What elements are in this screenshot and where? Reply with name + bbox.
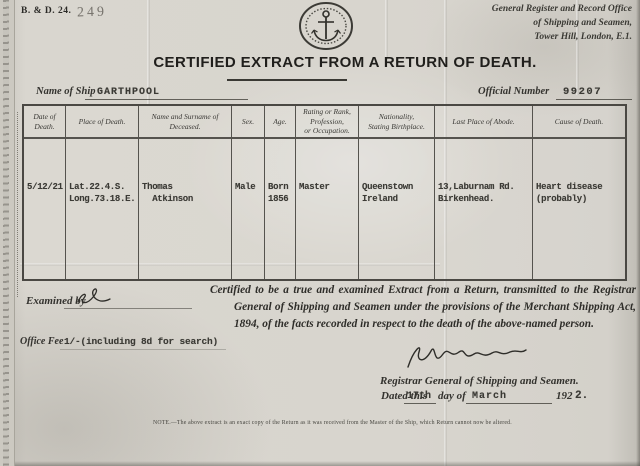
column-cause-of-death: Cause of Death. Heart disease (probably) <box>533 106 625 279</box>
registrar-title: Registrar General of Shipping and Seamen… <box>380 375 579 387</box>
dated-month-underline <box>466 403 552 404</box>
header-cell: Cause of Death. <box>533 106 625 139</box>
data-cell-nationality: Queenstown Ireland <box>359 139 434 205</box>
data-cell-last-place-of-abode: 13,Laburnam Rd. Birkenhead. <box>435 139 532 205</box>
stamp-number: 249 <box>77 4 108 21</box>
header-cell: Nationality, Stating Birthplace. <box>359 106 434 139</box>
office-address-line3: Tower Hill, London, E.1. <box>492 30 632 44</box>
binding-edge-pattern <box>3 0 9 466</box>
ship-name-underline <box>85 99 248 100</box>
certification-text: Certified to be a true and examined Extr… <box>210 282 636 333</box>
data-cell-sex: Male <box>232 139 264 193</box>
scan-edge-shadow <box>0 461 640 466</box>
header-cell: Age. <box>265 106 295 139</box>
ship-name-label: Name of Ship <box>36 86 96 97</box>
column-nationality: Nationality, Stating Birthplace. Queenst… <box>359 106 435 279</box>
header-cell: Last Place of Abode. <box>435 106 532 139</box>
data-cell-date-of-death: 5/12/21 <box>24 139 65 193</box>
dated-year-typed: 2. <box>575 390 588 402</box>
column-sex: Sex. Male <box>232 106 265 279</box>
data-cell-age: Born 1856 <box>265 139 295 205</box>
official-number-underline <box>556 99 632 100</box>
header-cell: Date of Death. <box>24 106 65 139</box>
dated-month-value: March <box>472 391 507 402</box>
column-name-of-deceased: Name and Surname of Deceased. Thomas Atk… <box>139 106 232 279</box>
column-place-of-death: Place of Death. Lat.22.4.S. Long.73.18.E… <box>66 106 139 279</box>
dated-day-underline <box>404 403 436 404</box>
death-record-table: Date of Death. 5/12/21 Place of Death. L… <box>22 104 627 281</box>
header-cell: Sex. <box>232 106 264 139</box>
ship-name-value: GARTHPOOL <box>97 87 160 98</box>
title-underline <box>227 79 347 81</box>
dated-year-printed: 192 <box>556 390 573 402</box>
anchor-seal-icon <box>297 1 355 51</box>
header-cell: Place of Death. <box>66 106 138 139</box>
office-fee-label: Office Fee <box>20 336 63 347</box>
office-address-line2: of Shipping and Seamen, <box>492 16 632 30</box>
header-cell: Rating or Rank, Profession, or Occupatio… <box>296 106 358 139</box>
form-code: B. & D. 24. <box>21 6 71 16</box>
office-address-line1: General Register and Record Office <box>492 2 632 16</box>
office-address: General Register and Record Office of Sh… <box>492 2 632 44</box>
data-cell-place-of-death: Lat.22.4.S. Long.73.18.E. <box>66 139 138 205</box>
document-title: CERTIFIED EXTRACT FROM A RETURN OF DEATH… <box>50 54 640 71</box>
data-cell-name-of-deceased: Thomas Atkinson <box>139 139 231 205</box>
scanned-death-certificate: B. & D. 24. 249 General Register and Rec… <box>0 0 640 466</box>
official-number-value: 99207 <box>563 86 602 98</box>
data-cell-cause-of-death: Heart disease (probably) <box>533 139 625 205</box>
column-date-of-death: Date of Death. 5/12/21 <box>24 106 66 279</box>
binding-edge <box>0 0 15 466</box>
printer-imprint <box>17 112 18 297</box>
header-cell: Name and Surname of Deceased. <box>139 106 231 139</box>
data-cell-rating-or-rank: Master <box>296 139 358 193</box>
registrar-signature <box>400 341 530 373</box>
dated-connector: day of <box>438 390 466 402</box>
column-age: Age. Born 1856 <box>265 106 296 279</box>
column-rating-or-rank: Rating or Rank, Profession, or Occupatio… <box>296 106 359 279</box>
office-fee-value: 1/-(including 8d for search) <box>64 336 218 347</box>
official-number-label: Official Number <box>478 86 549 97</box>
note-text: NOTE.—The above extract is an exact copy… <box>153 420 555 426</box>
office-fee-underline <box>60 349 226 350</box>
examined-by-underline <box>64 308 192 309</box>
column-last-place-of-abode: Last Place of Abode. 13,Laburnam Rd. Bir… <box>435 106 533 279</box>
fold-crease <box>385 0 388 60</box>
dated-day-value: 17th <box>407 391 431 402</box>
